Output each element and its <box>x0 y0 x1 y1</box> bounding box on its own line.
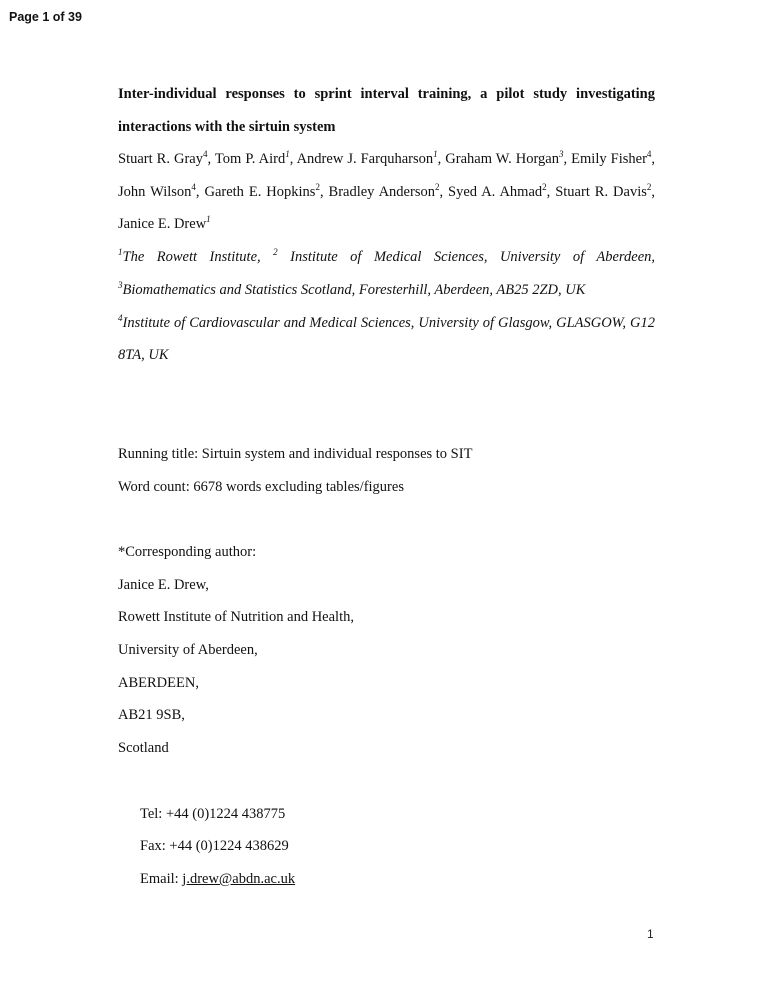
author-name: Graham W. Horgan <box>445 151 559 167</box>
email-label: Email: <box>140 871 182 887</box>
author-line-3: Janice E. Drew1 <box>118 216 211 233</box>
author-name: John Wilson <box>118 184 191 200</box>
affiliation-mark: 2 <box>273 247 278 257</box>
author-affiliation-mark: 1 <box>285 149 290 159</box>
author-affiliation-mark: 2 <box>315 182 320 192</box>
author-name: Tom P. Aird <box>215 151 285 167</box>
author-name: Gareth E. Hopkins <box>204 184 315 200</box>
author-affiliation-mark: 4 <box>647 149 652 159</box>
author-affiliation-mark: 4 <box>203 149 208 159</box>
affiliation-line-2: 3Biomathematics and Statistics Scotland,… <box>118 282 585 299</box>
corresponding-line: University of Aberdeen, <box>118 642 258 659</box>
affiliation-text: Institute of Cardiovascular and Medical … <box>123 315 656 331</box>
corresponding-line: Scotland <box>118 740 169 757</box>
word-count: Word count: 6678 words excluding tables/… <box>118 479 404 496</box>
affiliation-line-4: 8TA, UK <box>118 347 169 364</box>
affiliation-text: The Rowett Institute, <box>123 249 261 265</box>
corresponding-line: ABERDEEN, <box>118 675 199 692</box>
page-number: 1 <box>647 927 654 941</box>
corresponding-author-heading: *Corresponding author: <box>118 544 256 561</box>
affiliation-text: Biomathematics and Statistics Scotland, … <box>123 282 586 298</box>
author-affiliation-mark: 3 <box>559 149 564 159</box>
author-name: Andrew J. Farquharson <box>297 151 434 167</box>
email-link[interactable]: j.drew@abdn.ac.uk <box>182 871 295 887</box>
author-name: Syed A. Ahmad <box>448 184 542 200</box>
fax: Fax: +44 (0)1224 438629 <box>140 838 289 855</box>
affiliation-line-1: 1The Rowett Institute, 2 Institute of Me… <box>118 249 655 266</box>
corresponding-line: Rowett Institute of Nutrition and Health… <box>118 609 354 626</box>
author-name: Bradley Anderson <box>329 184 435 200</box>
affiliation-text: Institute of Medical Sciences, Universit… <box>290 249 655 265</box>
author-line-1: Stuart R. Gray4, Tom P. Aird1, Andrew J.… <box>118 151 655 168</box>
author-name: Emily Fisher <box>571 151 647 167</box>
paper-title-line-2: interactions with the sirtuin system <box>118 119 336 136</box>
author-affiliation-mark: 2 <box>647 182 652 192</box>
author-affiliation-mark: 2 <box>435 182 440 192</box>
author-name: Janice E. Drew <box>118 216 206 232</box>
page-indicator: Page 1 of 39 <box>9 10 82 24</box>
author-line-2: John Wilson4, Gareth E. Hopkins2, Bradle… <box>118 184 655 201</box>
author-affiliation-mark: 1 <box>433 149 438 159</box>
author-name: Stuart R. Gray <box>118 151 203 167</box>
affiliation-line-3: 4Institute of Cardiovascular and Medical… <box>118 315 655 332</box>
running-title: Running title: Sirtuin system and indivi… <box>118 446 472 463</box>
author-affiliation-mark: 1 <box>206 214 211 224</box>
paper-title-line-1: Inter-individual responses to sprint int… <box>118 86 655 103</box>
telephone: Tel: +44 (0)1224 438775 <box>140 806 285 823</box>
corresponding-line: AB21 9SB, <box>118 707 185 724</box>
author-affiliation-mark: 4 <box>191 182 196 192</box>
author-name: Stuart R. Davis <box>555 184 647 200</box>
email-line: Email: j.drew@abdn.ac.uk <box>140 871 295 888</box>
corresponding-line: Janice E. Drew, <box>118 577 209 594</box>
author-affiliation-mark: 2 <box>542 182 547 192</box>
